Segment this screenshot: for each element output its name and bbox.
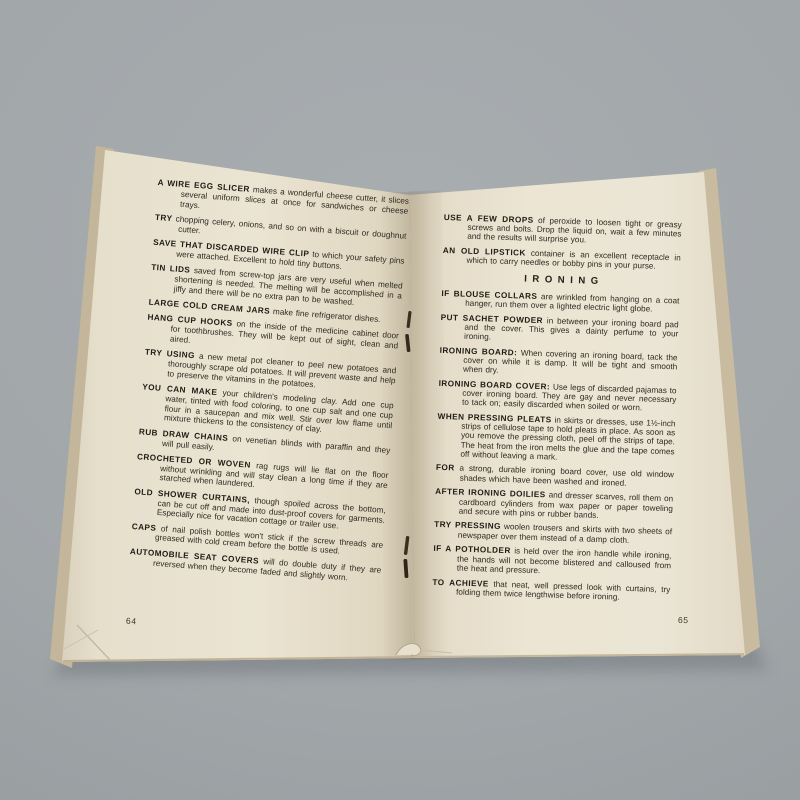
tip-item: IRONING BOARD: When covering an ironing … (439, 346, 678, 381)
tip-item: TO ACHIEVE that neat, well pressed look … (432, 577, 670, 603)
tip-text: rag rugs will lie flat on the floor with… (159, 461, 389, 490)
left-page-number: 64 (126, 616, 137, 627)
tip-item: AN OLD LIPSTICK container is an excellen… (442, 246, 680, 272)
tip-item: IRONING BOARD COVER: Use legs of discard… (438, 379, 677, 414)
left-page-text: A WIRE EGG SLICER makes a wonderful chee… (128, 178, 409, 591)
tip-item: IF A POTHOLDER is held over the iron han… (433, 544, 672, 579)
tip-item: IF BLOUSE COLLARS are wrinkled from hang… (441, 289, 679, 315)
tip-item: FOR a strong, durable ironing board cove… (436, 463, 674, 489)
tip-lead: TIN LIDS (151, 263, 191, 275)
tip-item: TRY PRESSING woolen trousers and skirts … (434, 520, 672, 546)
right-page-number: 65 (678, 615, 689, 625)
tip-lead: LARGE COLD CREAM JARS (148, 298, 270, 316)
open-book-graphic (0, 0, 800, 800)
tip-text: make fine refrigerator dishes. (273, 307, 381, 324)
right-page-text: USE A FEW DROPS of peroxide to loosen ti… (432, 213, 682, 609)
tip-lead: FOR (436, 463, 455, 473)
tip-text: in skirts or dresses, use 1½-inch strips… (460, 416, 675, 462)
tip-text: that neat, well pressed look with curtai… (456, 579, 670, 601)
tip-text: a strong, durable ironing board cover, u… (459, 464, 674, 487)
section-heading-ironing: IRONING (442, 271, 680, 288)
photo-of-open-booklet: A WIRE EGG SLICER makes a wonderful chee… (0, 0, 800, 800)
tip-item: AFTER IRONING DOILIES and dresser scarve… (435, 487, 674, 522)
tip-item: WHEN PRESSING PLEATS in skirts or dresse… (436, 412, 675, 465)
tip-lead: TRY (155, 213, 173, 223)
tip-lead: CAPS (131, 522, 156, 533)
tip-item: PUT SACHET POWDER in between your ironin… (440, 313, 679, 348)
